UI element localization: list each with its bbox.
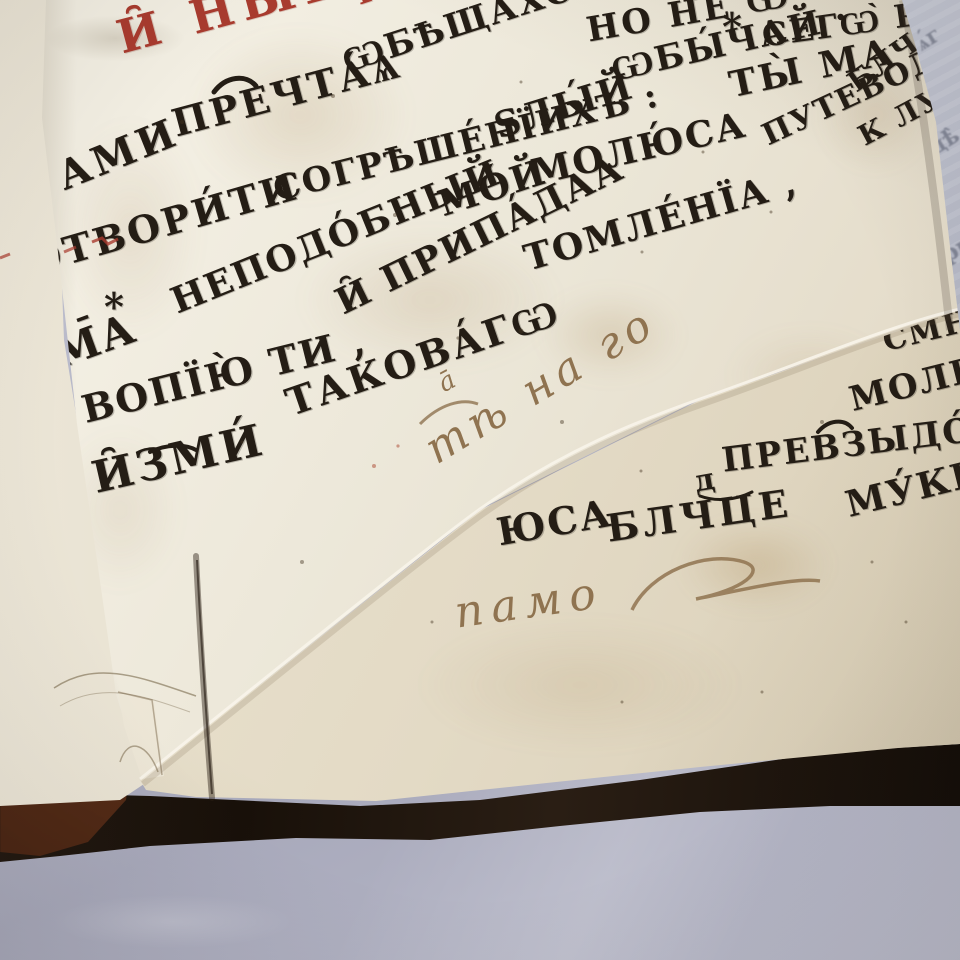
photo-vignette (0, 0, 960, 960)
manuscript-photo: СМНМОЛЮ́ЄПРЕВЗЫДО́ШАдБЛЧЦЕМУ́КИ НЮСАпамо… (0, 0, 960, 960)
